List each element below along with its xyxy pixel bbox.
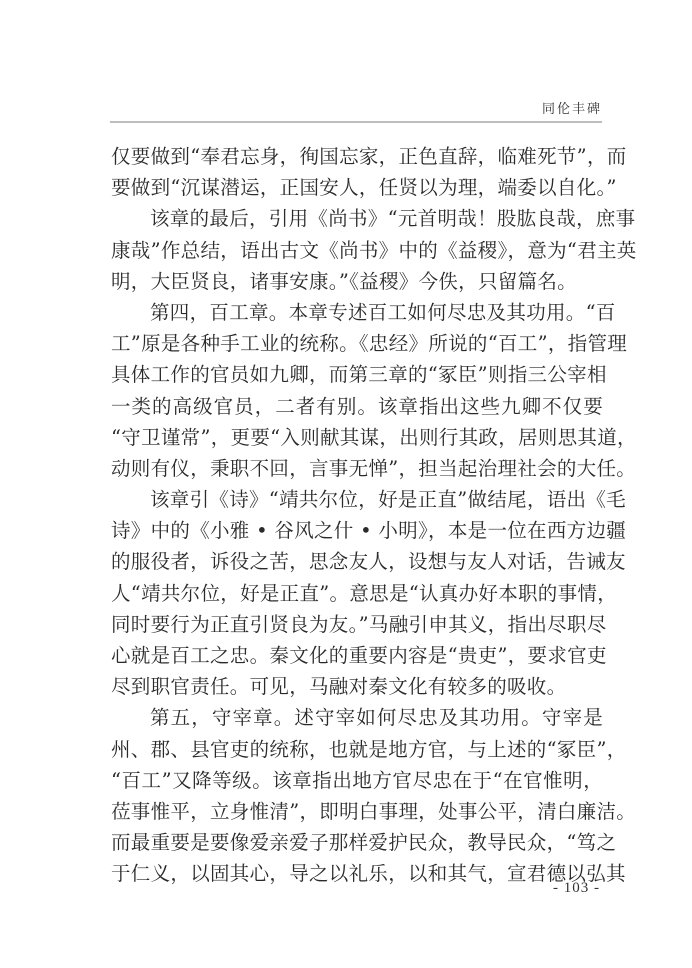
text-line: “守卫谨常”，更要“入则献其谋，出则行其政，居则思其道， [111,422,603,453]
text-line: 明，大臣贤良，诸事安康。”《益稷》今佚，只留篇名。 [111,266,603,297]
running-head: 同伦丰碑 [110,98,602,117]
text-line: 同时要行为正直引贤良为友。”马融引申其义，指出尽职尽 [111,609,603,640]
body-text: 仅要做到“奉君忘身，徇国忘家，正色直辞，临难死节”，而要做到“沉谋潜运，正国安人… [111,141,603,890]
text-line: 的服役者，诉役之苦，思念友人，设想与友人对话，告诫友 [111,546,603,577]
text-line: 心就是百工之忠。秦文化的重要内容是“贵吏”，要求官吏 [111,640,603,671]
text-line: 第五，守宰章。述守宰如何尽忠及其功用。守宰是 [111,702,603,733]
text-line: 诗》中的《小雅 • 谷风之什 • 小明》，本是一位在西方边疆 [111,515,603,546]
text-line: 具体工作的官员如九卿，而第三章的“冢臣”则指三公宰相 [111,359,603,390]
text-line: 康哉”作总结，语出古文《尚书》中的《益稷》，意为“君主英 [111,235,603,266]
header-rule [110,121,602,123]
text-line: 州、郡、县官吏的统称，也就是地方官，与上述的“冢臣”， [111,734,603,765]
text-line: 该章引《诗》“靖共尔位，好是正直”做结尾，语出《毛 [111,484,603,515]
text-line: 工”原是各种手工业的统称。《忠经》所说的“百工”，指管理 [111,328,603,359]
text-line: “百工”又降等级。该章指出地方官尽忠在于“在官惟明， [111,765,603,796]
text-line: 第四，百工章。本章专述百工如何尽忠及其功用。“百 [111,297,603,328]
text-line: 要做到“沉谋潜运，正国安人，任贤以为理，端委以自化。” [111,172,603,203]
text-line: 一类的高级官员，二者有别。该章指出这些九卿不仅要 [111,391,603,422]
page-number: - 103 - [480,880,600,897]
text-line: 仅要做到“奉君忘身，徇国忘家，正色直辞，临难死节”，而 [111,141,603,172]
text-line: 动则有仪，秉职不回，言事无惮”，担当起治理社会的大任。 [111,453,603,484]
text-line: 而最重要是要像爱亲爱子那样爱护民众，教导民众，“笃之 [111,827,603,858]
text-line: 尽到职官责任。可见，马融对秦文化有较多的吸收。 [111,671,603,702]
text-line: 莅事惟平，立身惟清”，即明白事理，处事公平，清白廉洁。 [111,796,603,827]
text-line: 人“靖共尔位，好是正直”。意思是“认真办好本职的事情， [111,578,603,609]
text-line: 该章的最后，引用《尚书》“元首明哉！股肱良哉，庶事 [111,203,603,234]
